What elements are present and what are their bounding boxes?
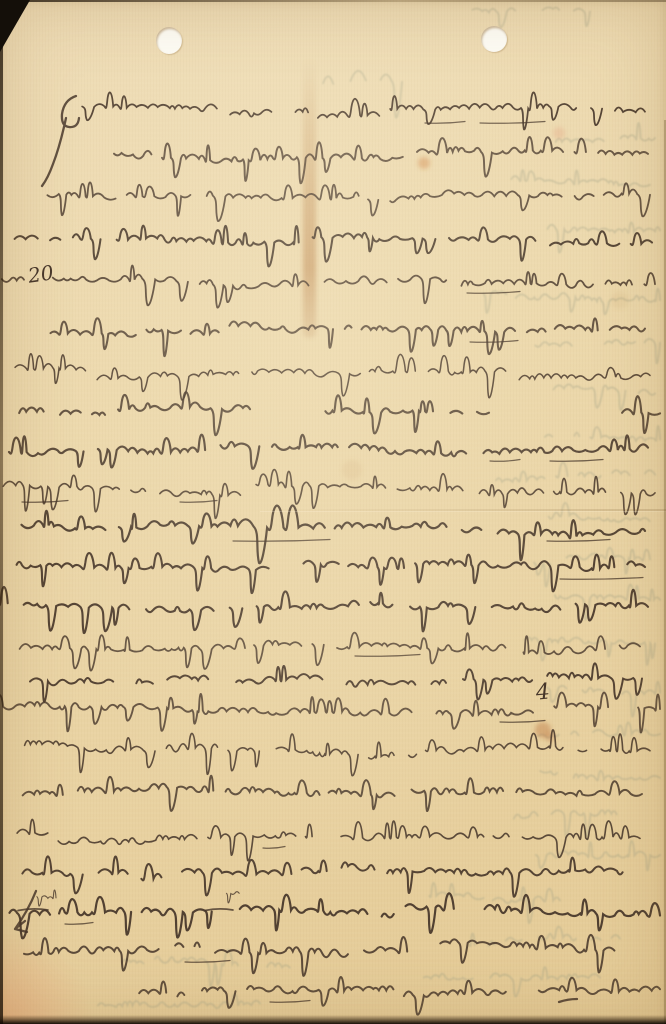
corner-stain-bottom-left [0,929,95,1024]
scan-edge-bottom [0,1015,666,1024]
scan-edge-left [0,0,3,1024]
stain-spots-group [342,127,629,742]
stain-streak [303,58,316,338]
scan-vignette [0,0,666,1024]
paper-fiber-texture [0,0,666,1024]
bleedthrough-ink-group [98,7,660,1008]
scan-corner-top-left [0,0,30,52]
ink-layers-svg [0,0,666,1024]
punch-hole-right [481,26,507,52]
scanned-letter-page: 20 4 [0,0,666,1024]
scan-edge-top [0,0,666,2]
numeral-four: 4 [535,681,551,704]
numeral-twenty: 20 [27,262,55,285]
fold-crease-horizontal [260,509,666,511]
punch-hole-left [156,27,182,54]
handwriting-ink-group [0,92,660,1014]
